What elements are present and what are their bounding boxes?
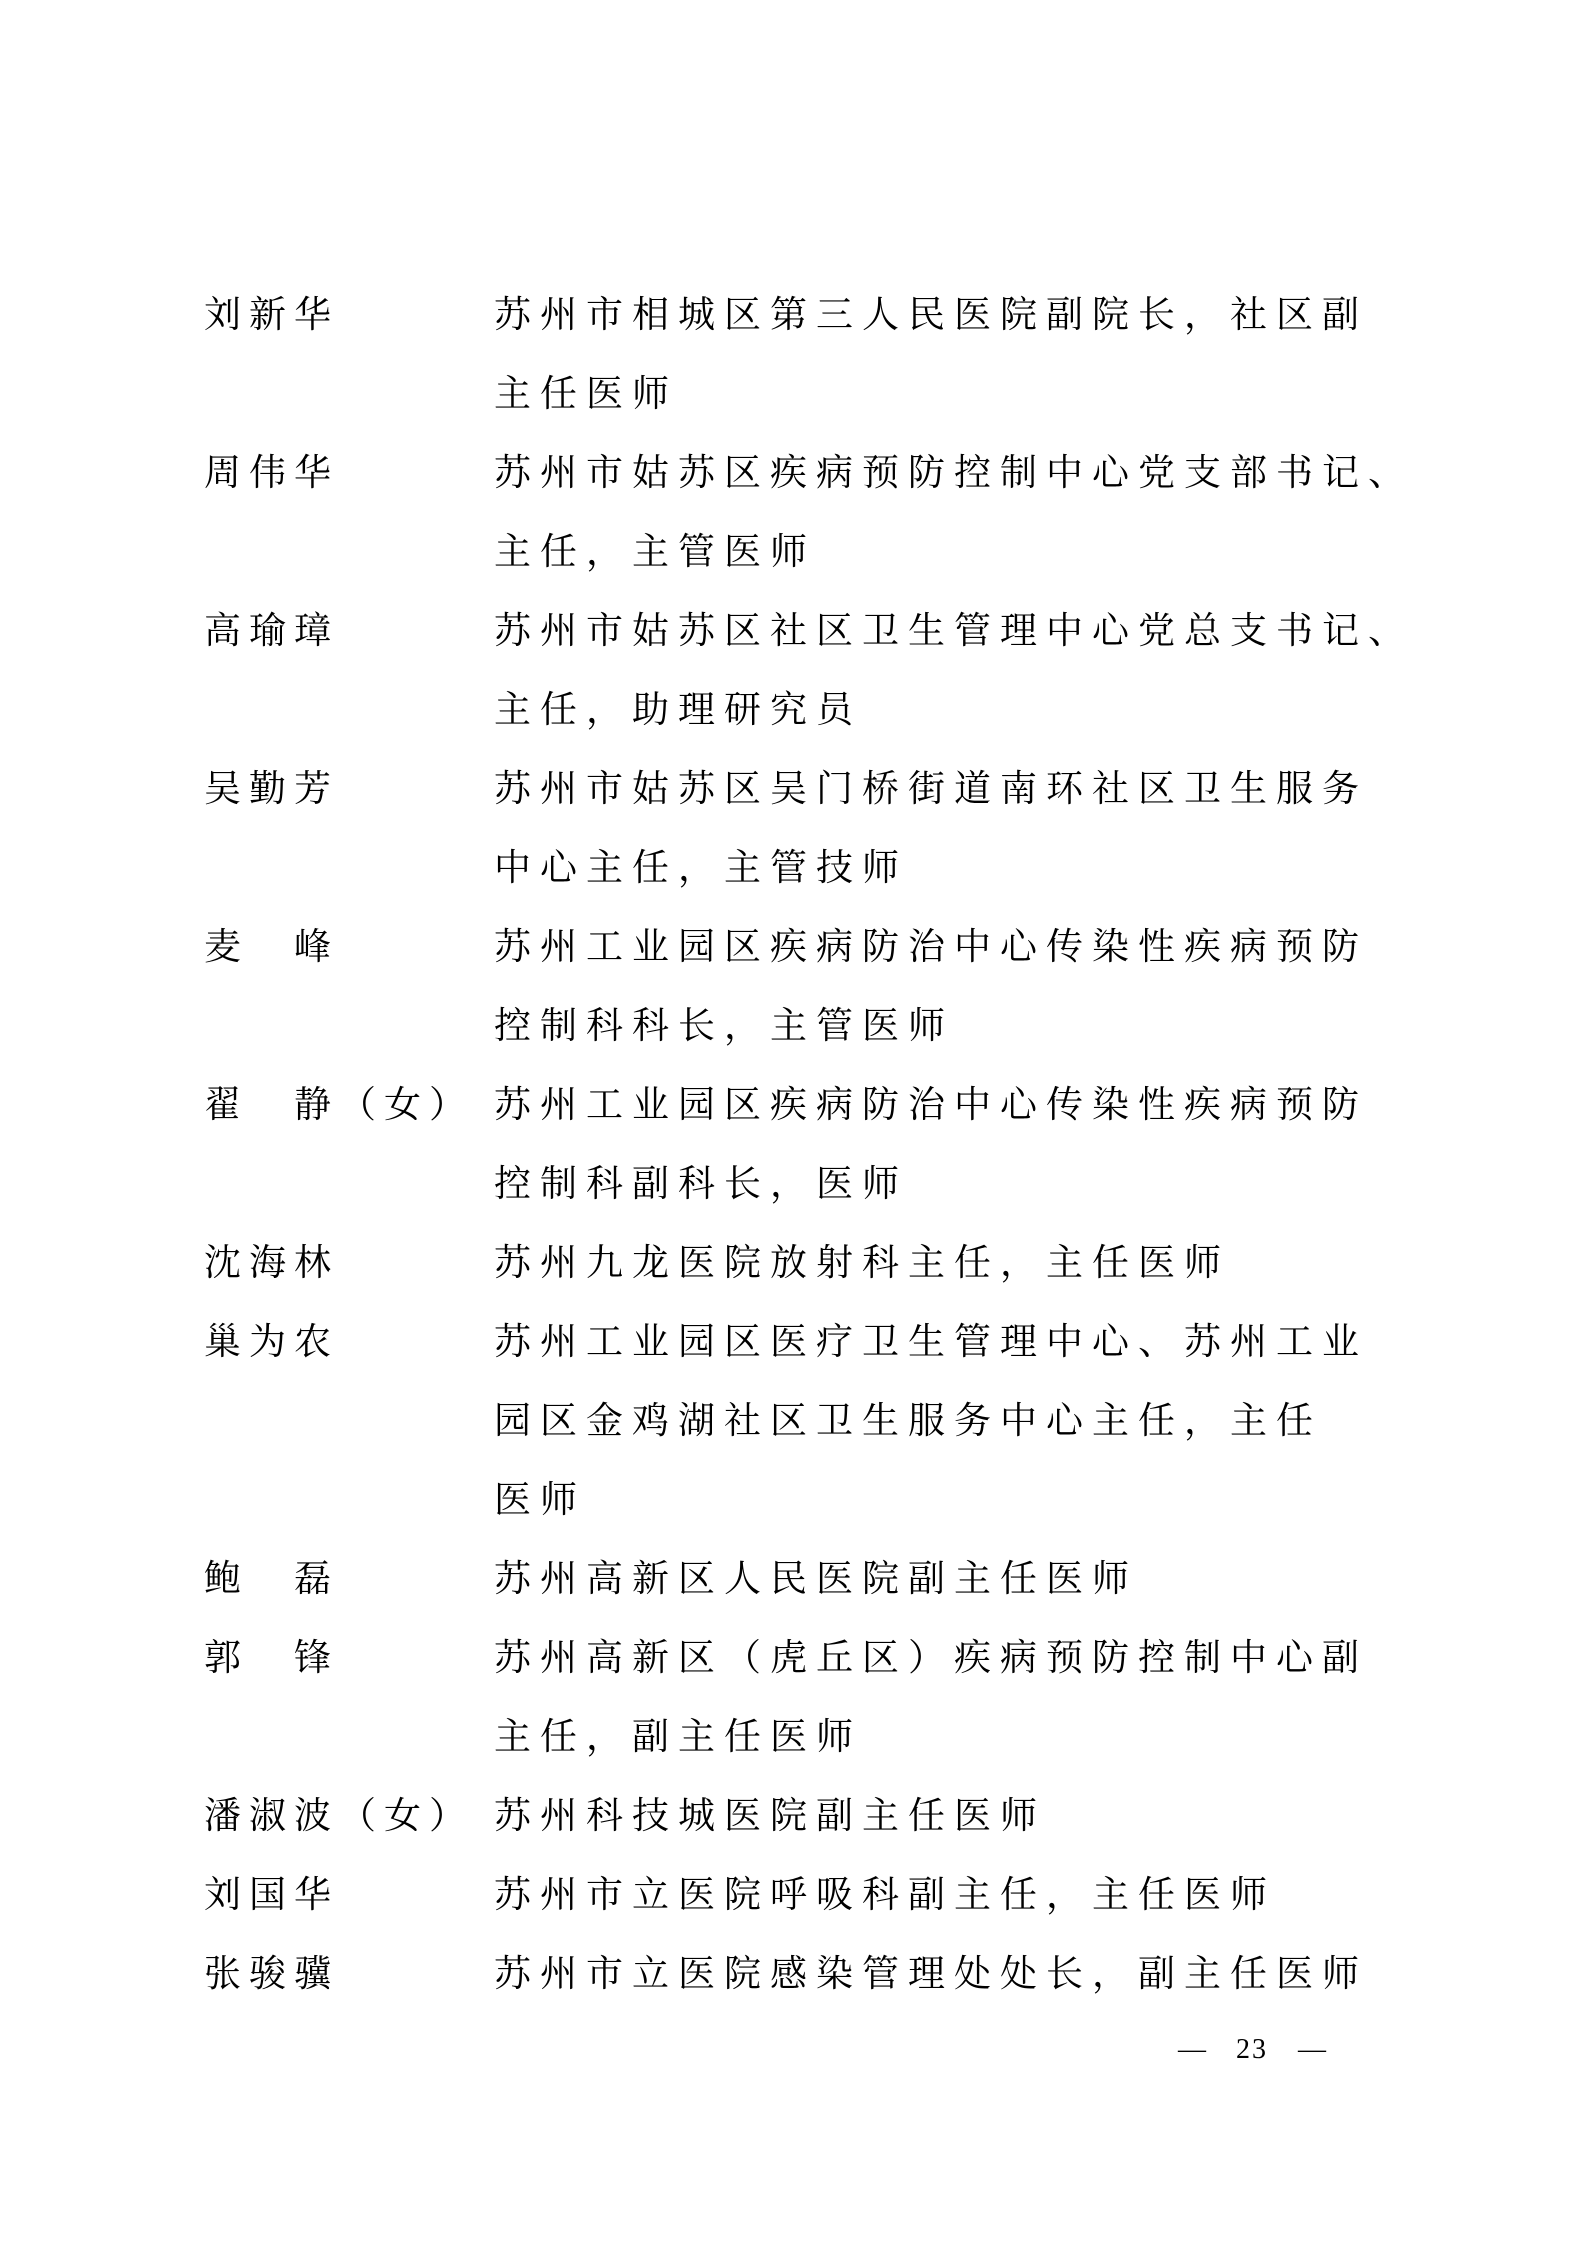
person-name: 高瑜璋: [204, 592, 494, 671]
position-description: 苏州高新区人民医院副主任医师: [494, 1540, 1434, 1619]
position-line: 园区金鸡湖社区卫生服务中心主任，主任: [494, 1382, 1434, 1461]
page-number: 23: [1236, 2034, 1268, 2066]
person-name: 翟 静（女）: [204, 1066, 494, 1145]
person-name: 刘新华: [204, 276, 494, 355]
footer-left-dash: —: [1178, 2034, 1206, 2066]
position-line: 苏州市立医院感染管理处处长，副主任医师: [494, 1935, 1434, 2014]
footer-right-dash: —: [1298, 2034, 1326, 2066]
position-line: 中心主任，主管技师: [494, 829, 1434, 908]
entry-row: 高瑜璋苏州市姑苏区社区卫生管理中心党总支书记、主任，助理研究员: [204, 592, 1434, 750]
person-name: 鲍 磊: [204, 1540, 494, 1619]
position-line: 苏州市姑苏区疾病预防控制中心党支部书记、: [494, 434, 1434, 513]
person-name: 沈海林: [204, 1224, 494, 1303]
entry-row: 刘国华苏州市立医院呼吸科副主任，主任医师: [204, 1856, 1434, 1935]
position-description: 苏州科技城医院副主任医师: [494, 1777, 1434, 1856]
position-line: 苏州市相城区第三人民医院副院长，社区副: [494, 276, 1434, 355]
position-line: 苏州工业园区疾病防治中心传染性疾病预防: [494, 1066, 1434, 1145]
position-line: 控制科科长，主管医师: [494, 987, 1434, 1066]
person-name: 吴勤芳: [204, 750, 494, 829]
position-description: 苏州市立医院呼吸科副主任，主任医师: [494, 1856, 1434, 1935]
position-description: 苏州市立医院感染管理处处长，副主任医师: [494, 1935, 1434, 2014]
position-line: 控制科副科长，医师: [494, 1145, 1434, 1224]
entry-row: 翟 静（女）苏州工业园区疾病防治中心传染性疾病预防控制科副科长，医师: [204, 1066, 1434, 1224]
entry-row: 周伟华苏州市姑苏区疾病预防控制中心党支部书记、主任，主管医师: [204, 434, 1434, 592]
position-description: 苏州市姑苏区疾病预防控制中心党支部书记、主任，主管医师: [494, 434, 1434, 592]
entry-row: 潘淑波（女）苏州科技城医院副主任医师: [204, 1777, 1434, 1856]
position-line: 苏州工业园区医疗卫生管理中心、苏州工业: [494, 1303, 1434, 1382]
page-footer: — 23 —: [1178, 2032, 1326, 2068]
position-line: 主任，助理研究员: [494, 671, 1434, 750]
person-name: 张骏骥: [204, 1935, 494, 2014]
position-line: 苏州九龙医院放射科主任，主任医师: [494, 1224, 1434, 1303]
position-line: 主任，主管医师: [494, 513, 1434, 592]
position-description: 苏州高新区（虎丘区）疾病预防控制中心副主任，副主任医师: [494, 1619, 1434, 1777]
position-line: 主任，副主任医师: [494, 1698, 1434, 1777]
position-description: 苏州市相城区第三人民医院副院长，社区副主任医师: [494, 276, 1434, 434]
position-line: 苏州市姑苏区社区卫生管理中心党总支书记、: [494, 592, 1434, 671]
position-description: 苏州九龙医院放射科主任，主任医师: [494, 1224, 1434, 1303]
entry-row: 麦 峰苏州工业园区疾病防治中心传染性疾病预防控制科科长，主管医师: [204, 908, 1434, 1066]
position-line: 医师: [494, 1461, 1434, 1540]
position-description: 苏州市姑苏区社区卫生管理中心党总支书记、主任，助理研究员: [494, 592, 1434, 750]
entry-row: 沈海林苏州九龙医院放射科主任，主任医师: [204, 1224, 1434, 1303]
appointments-list: 刘新华苏州市相城区第三人民医院副院长，社区副主任医师周伟华苏州市姑苏区疾病预防控…: [204, 276, 1434, 2014]
document-page: 刘新华苏州市相城区第三人民医院副院长，社区副主任医师周伟华苏州市姑苏区疾病预防控…: [0, 0, 1587, 2245]
entry-row: 郭 锋苏州高新区（虎丘区）疾病预防控制中心副主任，副主任医师: [204, 1619, 1434, 1777]
position-description: 苏州工业园区疾病防治中心传染性疾病预防控制科科长，主管医师: [494, 908, 1434, 1066]
entry-row: 刘新华苏州市相城区第三人民医院副院长，社区副主任医师: [204, 276, 1434, 434]
person-name: 刘国华: [204, 1856, 494, 1935]
position-description: 苏州工业园区疾病防治中心传染性疾病预防控制科副科长，医师: [494, 1066, 1434, 1224]
person-name: 巢为农: [204, 1303, 494, 1382]
position-line: 苏州工业园区疾病防治中心传染性疾病预防: [494, 908, 1434, 987]
position-line: 苏州市姑苏区吴门桥街道南环社区卫生服务: [494, 750, 1434, 829]
person-name: 周伟华: [204, 434, 494, 513]
position-description: 苏州市姑苏区吴门桥街道南环社区卫生服务中心主任，主管技师: [494, 750, 1434, 908]
position-line: 苏州科技城医院副主任医师: [494, 1777, 1434, 1856]
person-name: 郭 锋: [204, 1619, 494, 1698]
position-line: 苏州高新区人民医院副主任医师: [494, 1540, 1434, 1619]
position-description: 苏州工业园区医疗卫生管理中心、苏州工业园区金鸡湖社区卫生服务中心主任，主任医师: [494, 1303, 1434, 1540]
entry-row: 吴勤芳苏州市姑苏区吴门桥街道南环社区卫生服务中心主任，主管技师: [204, 750, 1434, 908]
entry-row: 张骏骥苏州市立医院感染管理处处长，副主任医师: [204, 1935, 1434, 2014]
position-line: 主任医师: [494, 355, 1434, 434]
entry-row: 巢为农苏州工业园区医疗卫生管理中心、苏州工业园区金鸡湖社区卫生服务中心主任，主任…: [204, 1303, 1434, 1540]
person-name: 麦 峰: [204, 908, 494, 987]
person-name: 潘淑波（女）: [204, 1777, 494, 1856]
entry-row: 鲍 磊苏州高新区人民医院副主任医师: [204, 1540, 1434, 1619]
position-line: 苏州高新区（虎丘区）疾病预防控制中心副: [494, 1619, 1434, 1698]
position-line: 苏州市立医院呼吸科副主任，主任医师: [494, 1856, 1434, 1935]
